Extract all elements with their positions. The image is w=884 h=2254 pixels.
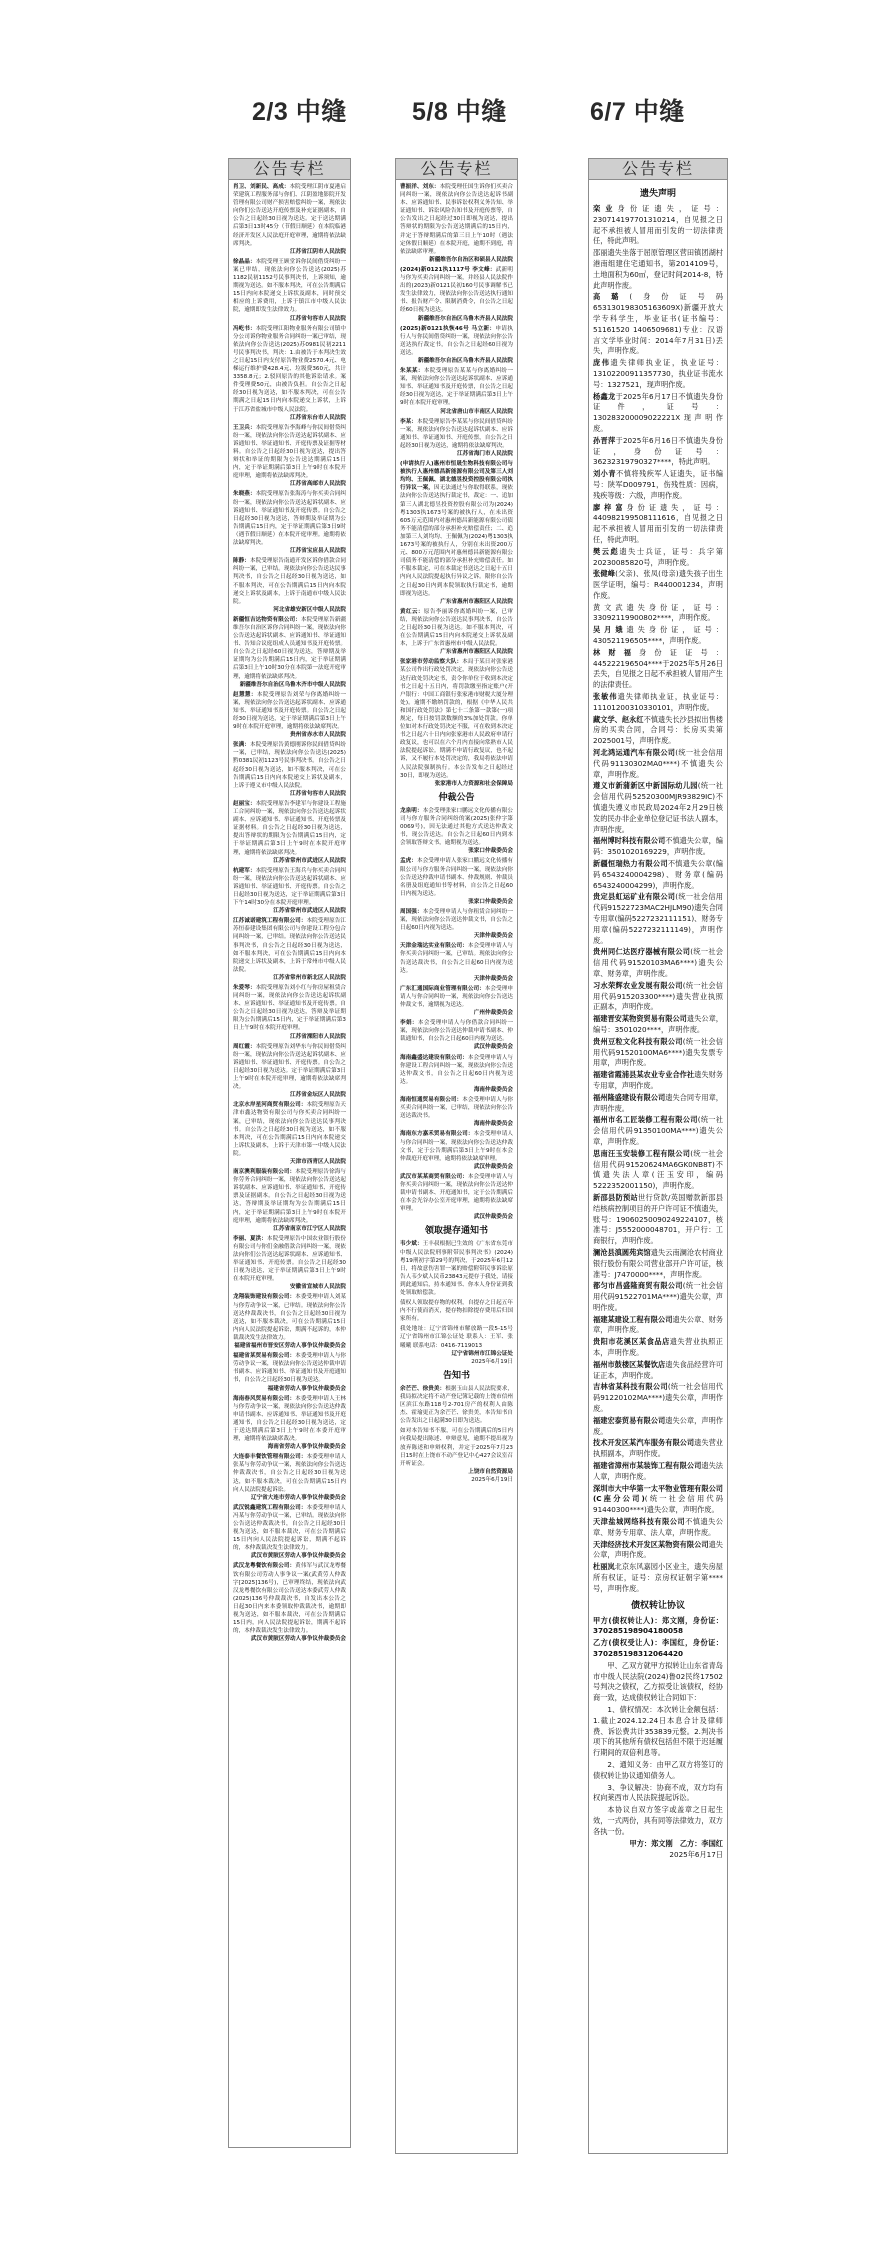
notice-addressee: 福州市名工匠装修工程有限公司: [593, 1115, 698, 1124]
notice-addressee: 福建晋安某物资贸易有限公司: [593, 1014, 687, 1023]
notice-issuer: 江苏省常州市新北区人民法院: [233, 974, 346, 982]
notice-item: 廖梓富身份证遗失，证号：440982199508111616，自见报之日起不承担…: [593, 503, 723, 546]
notice-issuer: 江苏省南京市江宁区人民法院: [233, 1225, 346, 1233]
notice-addressee: 李丽、夏洪：: [233, 1236, 267, 1242]
notice-item: 武汉锐鑫建筑工程有限公司：本委受理申请人冯某与你劳动争议一案，已审结。现依法向你…: [233, 1504, 346, 1561]
notice-item: 赵丽宝：本院受理原告李建军与你建设工程施工合同纠纷一案，现依法向你公告送达起诉状…: [233, 800, 346, 865]
notice-issuer: 福建省福州市晋安区劳动人事争议仲裁委员会: [233, 1342, 346, 1350]
notice-issuer: 贵州省赤水市人民法院: [233, 731, 346, 739]
notice-item: 高璐(身份证号码653130198305163609X)新疆开放大学专科学生，毕…: [593, 292, 723, 357]
notice-column-right: 公告专栏 遗失声明栾业身份证遗失，证号：230714197701310214，自…: [588, 158, 728, 2154]
section-title: 告知书: [400, 1369, 513, 1383]
notice-item: 李丽、夏洪：本院受理原告中国农业银行股份有限公司与你们金融借款合同纠纷一案，现依…: [233, 1235, 346, 1292]
notice-addressee: 高璐: [593, 292, 629, 301]
notice-item: 都匀市昌盛隆商贸有限公司(统一社会信用代码91522701MA****)遗失公章…: [593, 1281, 723, 1313]
notice-item: 福州市鼓楼区某餐饮店遗失食品经营许可证正本，声明作废。: [593, 1360, 723, 1382]
notice-addressee: 福建省霞浦县某农业专业合作社: [593, 1070, 694, 1079]
notice-item: 孟虎：本会受理申请人张家口鹏远文化传播有限公司与你方服务合同纠纷一案，现依法向你…: [400, 857, 513, 906]
notice-addressee: 新邵县防预站: [593, 1193, 638, 1202]
notice-issuer: 广州仲裁委员会: [400, 1009, 513, 1017]
notice-addressee: 庞伟: [593, 358, 611, 367]
notice-issuer: 江苏省东台市人民法院: [233, 414, 346, 422]
agreement-paragraph: 3、争议解决：协商不成，双方均有权向莱西市人民法院提起诉讼。: [593, 1783, 723, 1805]
notice-item: 杜丽岚北京东风嘉园小区业主，遗失房屋所有权证，证号：京房权证朝字第****号，声…: [593, 1562, 723, 1594]
notice-text: 本院受理原告中国农业银行股份有限公司与你们金融借款合同纠纷一案，现依法向你们公告…: [233, 1236, 346, 1282]
notice-item: 天津经济技术开发区某物资有限公司遗失公章，声明作废。: [593, 1540, 723, 1562]
middle-column-body: 曹振洋、刘东：本院受理任国生诉你们买卖合同纠纷一案，现依法向你公告送达起诉书副本…: [396, 180, 517, 1490]
notice-addressee: 遵义市新蒲新区中新国际幼儿园: [593, 781, 698, 790]
notice-item: 习水荣辉农业发展有限公司(统一社会信用代码915203300****)遗失营业执…: [593, 981, 723, 1013]
notice-issuer: 天津仲裁委员会: [400, 975, 513, 983]
notice-issuer: 安徽省宣城市人民法院: [233, 1283, 346, 1291]
notice-column-middle: 公告专栏 曹振洋、刘东：本院受理任国生诉你们买卖合同纠纷一案，现依法向你公告送达…: [395, 158, 518, 2154]
notice-addressee: 海南东方嘉禾贸易有限公司：: [400, 1131, 473, 1137]
notice-item: 贵州同仁达医疗器械有限公司(统一社会信用代码91520103MA6****)遗失…: [593, 947, 723, 979]
notice-issuer: 福建省劳动人事争议仲裁委员会: [233, 1385, 346, 1393]
notice-item: 刘小青不慎将残疾军人证遗失，证书编号：陕军D009791，伤残性质：因病，残疾等…: [593, 469, 723, 501]
notice-addressee: 李娟：: [400, 1020, 418, 1026]
notice-issuer: 张家港市人力资源和社会保障局: [400, 780, 513, 788]
notice-item: 朱晓燕：本院受理原告张海涛与你买卖合同纠纷一案，现依法向你公告送达起诉状副本、应…: [233, 490, 346, 555]
notice-issuer: 江苏省金坛区人民法院: [233, 1091, 346, 1099]
left-column-body: 肖卫、刘新民、高成：本院受理江阴市夏港启荣建筑工程服务部与你们、江阴盈地影院开发…: [229, 180, 350, 1649]
notice-item: 福建省漳州市某装饰工程有限公司遗失法人章，声明作废。: [593, 1461, 723, 1483]
notice-item: 王卫兵：本院受理原告李海峰与你民间借贷纠纷一案，现依法向你公告送达起诉状副本、应…: [233, 424, 346, 489]
notice-addressee: 思南汪玉安装修工程有限公司: [593, 1149, 690, 1158]
notice-text: 黄文武遗失身份证，证号：33092119900802****，声明作废。: [593, 603, 723, 623]
notice-addressee: 张家港市劳动监察大队：: [400, 659, 462, 665]
notice-text: 本委受理申请人冯某与你劳动争议一案，已审结。现依法向你公告送达仲裁裁决书，自公告…: [233, 1505, 346, 1551]
notice-item: 武汉市某某商贸有限公司：本会受理申请人与你买卖合同纠纷一案，现依法向你公告送达仲…: [400, 1173, 513, 1222]
notice-addressee: 贵州豆粒文化科技有限公司: [593, 1037, 683, 1046]
notice-addressee: 刘小青: [593, 469, 616, 478]
notice-addressee: 天津盐城网络科技有限公司: [593, 1517, 685, 1526]
notice-text: 本院受理原告李某某与你民间借贷纠纷一案，现依法向你公告送达起诉状副本、应诉通知书…: [400, 419, 513, 449]
notice-item: (申请执行人)惠州市恒晟生物科技有限公司与被执行人惠州德昌新能源有限公司及第三人…: [400, 460, 513, 606]
notice-addressee: 孟虎：: [400, 858, 417, 864]
notice-item: 贵州豆粒文化科技有限公司(统一社会信用代码91520100MA6****)遗失发…: [593, 1037, 723, 1069]
notice-addressee: 吉林省某科技有限公司: [593, 1382, 668, 1391]
notice-issuer: 江苏省高邮市人民法院: [233, 480, 346, 488]
notice-item: 余芒芒、徐贵美：根据玉山县人民法院要求，我局拟决定将不动产登记簿记载的上饶市信州…: [400, 1385, 513, 1425]
notice-issuer: 武汉市黄陂区劳动人事争议仲裁委员会: [233, 1635, 346, 1643]
notice-addressee: 北京水岸星河商贸有限公司：: [233, 1102, 306, 1108]
notice-item: 新疆恒吉达物资有限公司：本院受理原告新疆维吾尔自治区诉你合同纠纷一案，现依法向你…: [233, 616, 346, 689]
notice-issuer: 武汉仲裁委员会: [400, 1163, 513, 1171]
notice-text: 黄伟军与武汉龙粤餐饮有限公司劳动人事争议一案(武黄劳人仲裁字[2025]136号…: [233, 1563, 346, 1634]
notice-addressee: 余芒芒、徐贵美：: [400, 1386, 445, 1392]
notice-text: 王丰叔根据已生效的《广东省东莞市中级人民法院刑事附带民事判决书》(2024)粤1…: [400, 1241, 513, 1296]
notice-text: (身份证号码653130198305163609X)新疆开放大学专科学生，毕业证…: [593, 292, 723, 355]
notice-item: 李娟：本会受理申请人与你借款合同纠纷一案，现依法向你公告送达仲裁申请书副本、仲裁…: [400, 1019, 513, 1051]
party-a: 甲方(债权转让人)：郑文刚，身份证：370285198904180058: [593, 1616, 723, 1638]
party-b: 乙方(债权受让人)：李国红，身份证：370285198312064420: [593, 1638, 723, 1660]
notice-item: 如对本告知书不服，可在公告期满后的5日内向我局提出陈述、申辩意见，逾期不提出视为…: [400, 1427, 513, 1484]
notice-text: 本院受理原告徐海与你劳务合同纠纷一案，现依法向你公告送达起诉状副本、应诉通知书、…: [233, 1169, 346, 1224]
notice-issuer: 辽宁省大连市劳动人事争议仲裁委员会: [233, 1494, 346, 1502]
column-header: 公告专栏: [589, 159, 727, 180]
notice-addressee: 贵州同仁达医疗器械有限公司: [593, 947, 690, 956]
notice-issuer: 江苏省常州市武进区人民法院: [233, 857, 346, 865]
notice-addressee: 朱爱琴：: [233, 985, 256, 991]
notice-addressee: 樊云彪: [593, 547, 619, 556]
notice-addressee: 赵慧慧：: [233, 692, 257, 698]
notice-addressee: 曹振洋、刘东：: [400, 184, 440, 190]
notice-issuer: 江苏省常州市武进区人民法院: [233, 907, 346, 915]
notice-addressee: 廖梓富: [593, 503, 627, 512]
notice-text: 本院受理原告南通开发区诉你借款合同纠纷一案，已审结。现依法向你公告送达民事判决书…: [233, 558, 346, 604]
notice-item: 朱爱琴：本院受理原告刘小红与你房屋租赁合同纠纷一案，现依法向你公告送达起诉状副本…: [233, 984, 346, 1041]
agreement-signatures: 甲方：郑文刚 乙方：李国红: [593, 1839, 723, 1850]
notice-addressee: 藏文学、赵永红: [593, 715, 644, 724]
notice-addressee: 吴月娥: [593, 625, 627, 634]
notice-item: 张家港市劳动监察大队：本局于某日对张家港某公司作出行政处罚决定，现依法向你公告送…: [400, 658, 513, 788]
notice-addressee: 武汉市某某商贸有限公司：: [400, 1174, 468, 1180]
notice-text: 本院受理原告新疆维吾尔自治区诉你合同纠纷一案，现依法向你公告送达起诉状副本、应诉…: [233, 617, 346, 680]
notice-text: 本院受理原告刘华东与你民间借贷纠纷一案，现依法向你公告送达起诉状副本、应诉通知书…: [233, 1044, 346, 1090]
notice-text: 债权人领取提存物的权利，自提存之日起五年内不行使而消灭，提存物扣除提存费用后归国…: [400, 1300, 513, 1322]
notice-item: 新邵县防预站世行贷款/英国赠款新邵县结核病控制项目的开户许可证不慎遗失，账号：1…: [593, 1193, 723, 1247]
notice-addressee: 杭建军：: [233, 868, 256, 874]
notice-item: 黄文武遗失身份证，证号：33092119900802****，声明作废。: [593, 603, 723, 625]
notice-issuer: 江苏省句容市人民法院: [233, 790, 346, 798]
notice-item: 林财福身份证证号：445222196504****于2025年5月26日丢失，自…: [593, 648, 723, 691]
notice-addressee: 习水荣辉农业发展有限公司: [593, 981, 683, 990]
notice-addressee: 澜沧县滇圆苑宾馆: [593, 1248, 651, 1257]
notice-addressee: 杜丽岚: [593, 1562, 615, 1571]
notice-addressee: 孙晋萍: [593, 436, 615, 445]
notice-text: 本院受理原告江苏恒泰建设集团有限公司与你建设工程分包合同纠纷一案，已审结。现依法…: [233, 918, 346, 973]
notice-addressee: 林财福: [593, 648, 639, 657]
notice-item: 我处地址：辽宁省锦州市解放路一段5-15号 辽宁省锦州市江锦公证处 联系人：王军…: [400, 1325, 513, 1365]
page-label-6-7: 6/7 中缝: [590, 92, 685, 128]
right-column-body: 遗失声明栾业身份证遗失，证号：230714197701310214，自见报之日起…: [589, 180, 727, 1866]
notice-issuer: 张家口仲裁委员会: [400, 898, 513, 906]
notice-issuer: 张家口仲裁委员会: [400, 847, 513, 855]
notice-issuer: 海南仲裁委员会: [400, 1086, 513, 1094]
notice-issuer: 武汉仲裁委员会: [400, 1043, 513, 1051]
notice-item: 海南东方嘉禾贸易有限公司：本会受理申请人与你合同纠纷一案，现依法向你公告送达仲裁…: [400, 1130, 513, 1170]
notice-item: 周红霞：本院受理原告刘华东与你民间借贷纠纷一案，现依法向你公告送达起诉状副本、应…: [233, 1043, 346, 1100]
agreement-title: 债权转让协议: [593, 1598, 723, 1614]
notice-item: 冯屹书：本院受理江阳物业服务有限公司镇中分公司诉你物业服务合同纠纷一案已审结，现…: [233, 325, 346, 422]
notice-issuer: 江苏省江阴市人民法院: [233, 248, 346, 256]
notice-addressee: 朱晓燕：: [233, 491, 256, 497]
notice-issuer: 广东省惠州市惠阳区人民法院: [400, 648, 513, 656]
notice-addressee: 陈静：: [233, 558, 250, 564]
notice-addressee: 龙翔装饰建设有限公司：: [233, 1294, 295, 1300]
notice-item: 天津盐城网络科技有限公司不慎遗失公章、财务专用章、法人章，声明作废。: [593, 1517, 723, 1539]
notice-addressee: 武汉锐鑫建筑工程有限公司：: [233, 1505, 306, 1511]
notice-item: 曹振洋、刘东：本院受理任国生诉你们买卖合同纠纷一案，现依法向你公告送达起诉书副本…: [400, 183, 513, 264]
notice-text: 本院受理王顾堂诉你民间借贷纠纷一案已审结，现依法向你公告送达(2025)苏118…: [233, 259, 346, 314]
notice-text: 因无法通过与你取得联系，现依法向你公告送达执行裁定书，裁定：一、追加第三人湖北德…: [400, 485, 513, 596]
notice-addressee: 天津经济技术开发区某物资有限公司: [593, 1540, 709, 1549]
notice-item: 贵定县虹运矿业有限公司(统一社会信用代码91522723MAC2HJLM90)遗…: [593, 892, 723, 946]
notice-item: (2025)新0121执恢46号 马立新：申请执行人与你民间借贷纠纷一案，现依法…: [400, 325, 513, 365]
notice-addressee: 张健峰: [593, 569, 615, 578]
notice-addressee: 黄红云：: [400, 609, 424, 615]
agreement-paragraph: 2、通知义务：由甲乙双方将签订的债权转让协议通知债务人。: [593, 1760, 723, 1782]
notice-item: 杨鑫龙于2025年6月17日不慎遗失身份证件，证号：13028320000902…: [593, 392, 723, 435]
notice-addressee: 龙泉明：: [400, 808, 423, 814]
notice-item: 福建宏泰贸易有限公司遗失公章，声明作废。: [593, 1416, 723, 1438]
notice-item: (2024)新0121执1117号 李文峰：武新明与你为买卖合同纠纷一案，并经县…: [400, 266, 513, 323]
notice-item: 栾业身份证遗失，证号：230714197701310214，自见报之日起不承担被…: [593, 204, 723, 247]
notice-addressee: 贵定县虹运矿业有限公司: [593, 892, 675, 901]
notice-item: 海南春风贸易有限公司：本委受理申请人王林与你劳动争议一案，现依法向你公告送达仲裁…: [233, 1395, 346, 1452]
column-header: 公告专栏: [396, 159, 517, 180]
notice-item: 债权人领取提存物的权利，自提存之日起五年内不行使而消灭，提存物扣除提存费用后归国…: [400, 1299, 513, 1323]
notice-addressee: 李某：: [400, 419, 417, 425]
notice-item: 河北鸿运通汽车有限公司(统一社会信用代码91130302MA0****)不慎遗失…: [593, 748, 723, 780]
notice-item: 陈静：本院受理原告南通开发区诉你借款合同纠纷一案，已审结。现依法向你公告送达民事…: [233, 557, 346, 614]
notice-addressee: 海南鑫盛达建设有限公司：: [400, 1055, 468, 1061]
notice-text: 本院受理原告李建军与你建设工程施工合同纠纷一案，现依法向你公告送达起诉状副本、应…: [233, 801, 346, 856]
notice-addressee: 福州市鼓楼区某餐饮店: [593, 1360, 665, 1369]
agreement-date: 2025年6月17日: [593, 1850, 723, 1861]
notice-item: 藏文学、赵永红不慎遗失长沙县拟出售楼房的买卖合同，合同号：长房买卖第202500…: [593, 715, 723, 747]
notice-item: 孙晋萍于2025年6月16日不慎遗失身份证，身份证号：3623231979032…: [593, 436, 723, 468]
notice-addressee: 张敏伟: [593, 692, 618, 701]
notice-item: 福州博时科技有限公司不慎遗失公章，编码：3501020169229，声明作废。: [593, 836, 723, 858]
notice-addressee: 南京澳利服装有限公司：: [233, 1169, 295, 1175]
notice-item: 李某：本院受理原告李某某与你民间借贷纠纷一案，现依法向你公告送达起诉状副本、应诉…: [400, 418, 513, 458]
notice-item: 吉林省某科技有限公司(统一社会信用代码91220102MA****)遗失公章，声…: [593, 1382, 723, 1414]
notice-addressee: 新疆恒吉达物资有限公司：: [233, 617, 301, 623]
notice-text: 本会受理申请人与你借款合同纠纷一案，现依法向你公告送达仲裁申请书副本、仲裁通知书…: [400, 1020, 513, 1042]
notice-issuer: 新疆维吾尔自治区乌鲁木齐县人民法院: [400, 315, 513, 323]
notice-issuer: 广东省惠州市惠阳区人民法院: [400, 598, 513, 606]
notice-item: 遵义市新蒲新区中新国际幼儿园(统一社会信用代码52520300MJR93829I…: [593, 781, 723, 835]
notice-addressee: 福州隆盛建设有限公司: [593, 1093, 665, 1102]
notice-item: 福建省某贸易有限公司：本委受理申请人与你劳动争议一案，现依法向你公告送达仲裁申请…: [233, 1352, 346, 1392]
notice-addressee: 周红霞：: [233, 1044, 256, 1050]
notice-text: 如对本告知书不服，可在公告期满后的5日内向我局提出陈述、申辩意见，逾期不提出视为…: [400, 1428, 513, 1466]
notice-addressee: (2025)新0121执恢46号 马立新：: [400, 326, 495, 332]
notice-item: 肖卫、刘新民、高成：本院受理江阴市夏港启荣建筑工程服务部与你们、江阴盈地影院开发…: [233, 183, 346, 256]
notice-issuer: 河北省雄安新区中级人民法院: [233, 606, 346, 614]
notice-item: 张敏伟遗失律师执业证，执业证号：11101200310330101，声明作废。: [593, 692, 723, 714]
notice-item: 张满：本院受理原告黄德刚诉你民间借贷纠纷一案，已审结，现依法向你公告送达(202…: [233, 741, 346, 798]
column-header: 公告专栏: [229, 159, 350, 180]
notice-issuer: 新疆维吾尔自治区和硕县人民法院: [400, 256, 513, 264]
notice-text: 本院受理原告刘小红与你房屋租赁合同纠纷一案，现依法向你公告送达起诉状副本、应诉通…: [233, 985, 346, 1031]
notice-item: 赵慧慧：本院受理原告刘荣与你离婚纠纷一案，现依法向你公告送达起诉状副本、应诉通知…: [233, 691, 346, 740]
notice-item: 黄红云：原告李丽诉你离婚纠纷一案，已审结，现依法向你公告送达民事判决书，自公告之…: [400, 608, 513, 657]
notice-addressee: 福建某建设工程有限公司: [593, 1315, 672, 1324]
notice-item: 朱某某：本院受理原告某某与你离婚纠纷一案，现依法向你公告送达起诉状副本、应诉通知…: [400, 367, 513, 416]
notice-addressee: 海南恒通贸易有限公司：: [400, 1097, 462, 1103]
notice-item: 龙翔装饰建设有限公司：本委受理申请人刘某与你劳动争议一案，已审结。现依法向你公告…: [233, 1293, 346, 1350]
notice-issuer: 新疆维吾尔自治区乌鲁木齐市中级人民法院: [233, 681, 346, 689]
notice-item: 吴月娥遗失身份证，证号：430521196505****，声明作废。: [593, 625, 723, 647]
notice-text: 遗失律师执业证，执业证号：13102200911357730，执业证书流水号：1…: [593, 358, 723, 389]
notice-addressee: 都匀市昌盛隆商贸有限公司: [593, 1281, 683, 1290]
notice-text: 本院受理原告黄德刚诉你民间借贷纠纷一案，已审结，现依法向你公告送达(2025)黔…: [233, 742, 346, 788]
notice-addressee: 朱某某：: [400, 368, 424, 374]
notice-addressee: 赵丽宝：: [233, 801, 256, 807]
notice-addressee: 周国强：: [400, 909, 423, 915]
notice-item: 杭建军：本院受理原告王海兵与你买卖合同纠纷一案，现依法向你公告送达起诉状副本、应…: [233, 867, 346, 916]
notice-text: 本院受理原告李海峰与你民间借贷纠纷一案，现依法向你公告送达起诉状副本、应诉通知书…: [233, 425, 346, 480]
notice-addressee: 新疆恒瑞热力有限公司: [593, 859, 668, 868]
notice-issuer: 上饶市自然资源局: [400, 1468, 513, 1476]
notice-item: 樊云彪遗失士兵证，证号：兵字第20230085820号，声明作废。: [593, 547, 723, 569]
notice-text: 本委受理申请人王林与你劳动争议一案，现依法向你公告送达仲裁申请书副本、应诉通知书…: [233, 1396, 346, 1442]
notice-item: 北京水岸星河商贸有限公司：本院受理原告天津市鑫达物资有限公司与你买卖合同纠纷一案…: [233, 1101, 346, 1166]
notice-text: 本院受理原告天津市鑫达物资有限公司与你买卖合同纠纷一案，已审结，现依法向你公告送…: [233, 1102, 346, 1157]
notice-item: 福州隆盛建设有限公司遗失合同专用章，声明作废。: [593, 1093, 723, 1115]
notice-item: 技术开发区某汽车服务有限公司遗失营业执照副本，声明作废。: [593, 1438, 723, 1460]
notice-issuer: 武汉仲裁委员会: [400, 1213, 513, 1221]
notice-item: 邵丽遗失坐落于屈原管理区营田镇团湖村港南组建住宅通知书，第2014109号，土地…: [593, 248, 723, 291]
notice-issuer: 新疆维吾尔自治区乌鲁木齐县人民法院: [400, 357, 513, 365]
notice-text: 本会受理申请人张家口鹏远文化传播有限公司与你方服务合同纠纷一案，现依法向你公告送…: [400, 858, 513, 896]
notice-text: 本委受理申请人刘某与你劳动争议一案，已审结。现依法向你公告送达仲裁裁决书，自公告…: [233, 1294, 346, 1340]
notice-item: 南京澳利服装有限公司：本院受理原告徐海与你劳务合同纠纷一案，现依法向你公告送达起…: [233, 1168, 346, 1233]
section-title: 仲裁公告: [400, 791, 513, 805]
notice-item: 徐晶晶：本院受理王顾堂诉你民间借贷纠纷一案已审结，现依法向你公告送达(2025)…: [233, 258, 346, 323]
notice-item: 江苏诚诺建筑工程有限公司：本院受理原告江苏恒泰建设集团有限公司与你建设工程分包合…: [233, 917, 346, 982]
notice-text: 本院受理任国生诉你们买卖合同纠纷一案，现依法向你公告送达起诉书副本、应诉通知书、…: [400, 184, 513, 255]
notice-item: 海南恒通贸易有限公司：本会受理申请人与你买卖合同纠纷一案，已审结，现依法向你公告…: [400, 1096, 513, 1128]
notice-issuer: 海南仲裁委员会: [400, 1120, 513, 1128]
notice-item: 韦少斌：王丰叔根据已生效的《广东省东莞市中级人民法院刑事附带民事判决书》(202…: [400, 1240, 513, 1297]
notice-text: 武新明与你为买卖合同纠纷一案，并经县人民法院作出的(2023)新0121民初16…: [400, 267, 513, 313]
notice-addressee: 天津金瑞达实业有限公司：: [400, 943, 468, 949]
notice-addressee: 河北鸿运通汽车有限公司: [593, 748, 675, 757]
notice-item: 庞伟遗失律师执业证，执业证号：13102200911357730，执业证书流水号…: [593, 358, 723, 390]
notice-item: 澜沧县滇圆苑宾馆遗失云南澜沧农村商业银行股份有限公司营业部开户许可证，核准号：J…: [593, 1248, 723, 1280]
notice-addressee: 福州博时科技有限公司: [593, 836, 665, 845]
notice-text: 本院受理江阳物业服务有限公司镇中分公司诉你物业服务合同纠纷一案已审结，现依法向你…: [233, 326, 346, 413]
notice-item: 武汉龙粤餐饮有限公司：黄伟军与武汉龙粤餐饮有限公司劳动人事争议一案(武黄劳人仲裁…: [233, 1562, 346, 1643]
notice-addressee: 技术开发区某汽车服务有限公司: [593, 1438, 694, 1447]
notice-addressee: 福建省漳州市某装饰工程有限公司: [593, 1461, 701, 1470]
notice-item: 思南汪玉安装修工程有限公司(统一社会信用代码91520624MA6GK0NB8T…: [593, 1149, 723, 1192]
notice-issuer: 辽宁省锦州市江锦公证处: [400, 1350, 513, 1358]
notice-item: 张健峰(父亲)、张凤(母亲)遗失孩子出生医学证明，编号：R440001234，声…: [593, 569, 723, 601]
notice-addressee: 武汉龙粤餐饮有限公司：: [233, 1563, 295, 1569]
notice-item: 大连泰丰餐饮管理有限公司：本委受理申请人张某与你劳动争议一案，现依法向你公告送达…: [233, 1453, 346, 1502]
notice-item: 福州市名工匠装修工程有限公司(统一社会信用代码91350100MA****)遗失…: [593, 1115, 723, 1147]
notice-issuer: 河北省唐山市丰南区人民法院: [400, 408, 513, 416]
notice-item: 龙泉明：本会受理张家口鹏远文化传播有限公司与你方服务合同纠纷的案(2025)张仲…: [400, 807, 513, 856]
notice-addressee: 福建宏泰贸易有限公司: [593, 1416, 665, 1425]
agreement-paragraph: 本协议自双方签字或盖章之日起生效，一式两份，具有同等法律效力，双方各执一份。: [593, 1805, 723, 1837]
notice-addressee: 张满：: [233, 742, 250, 748]
notice-column-left: 公告专栏 肖卫、刘新民、高成：本院受理江阴市夏港启荣建筑工程服务部与你们、江阴盈…: [228, 158, 351, 2148]
notice-addressee: 广东汇通国际商业管理有限公司：: [400, 986, 485, 992]
notice-text: 我处地址：辽宁省锦州市解放路一段5-15号 辽宁省锦州市江锦公证处 联系人：王军…: [400, 1326, 513, 1348]
notice-addressee: 王卫兵：: [233, 425, 256, 431]
notice-issuer: 江苏省海门市人民法院: [400, 450, 513, 458]
notice-date: 2025年6月19日: [400, 1476, 513, 1484]
notice-addressee: 贵阳市花溪区某食品店: [593, 1337, 670, 1346]
notice-addressee: 大连泰丰餐饮管理有限公司：: [233, 1454, 306, 1460]
notice-text: 邵丽遗失坐落于屈原管理区营田镇团湖村港南组建住宅通知书，第2014109号，土地…: [593, 248, 723, 289]
notice-addressee: 海南春风贸易有限公司：: [233, 1396, 295, 1402]
notice-addressee: 江苏诚诺建筑工程有限公司：: [233, 918, 306, 924]
notice-addressee: 肖卫、刘新民、高成：: [233, 184, 290, 190]
notice-addressee: 徐晶晶：: [233, 259, 256, 265]
agreement-paragraph: 甲、乙双方就甲方拟转让山东省青岛市中级人民法院(2024)鲁02民终17502号…: [593, 1661, 723, 1704]
notice-item: 海南鑫盛达建设有限公司：本会受理申请人与你建设工程合同纠纷一案，现依法向你公告送…: [400, 1054, 513, 1094]
notice-item: 福建晋安某物资贸易有限公司遗失公章，编号：3501020****，声明作废。: [593, 1014, 723, 1036]
notice-item: 广东汇通国际商业管理有限公司：本会受理申请人与你合同纠纷一案，现依法向你公告送达…: [400, 985, 513, 1017]
notice-text: 本院受理原告张海涛与你买卖合同纠纷一案，现依法向你公告送达起诉状副本、应诉通知书…: [233, 491, 346, 546]
notice-item: 周国强：本会受理申请人与你租赁合同纠纷一案，现依法向你公告送达仲裁文书，自公告之…: [400, 908, 513, 940]
notice-item: 深圳市大中华第一太平物业管理有限公司(C座分公司)(统一社会信用代码914403…: [593, 1484, 723, 1516]
page-label-5-8: 5/8 中缝: [412, 92, 507, 128]
notice-issuer: 天津仲裁委员会: [400, 932, 513, 940]
notice-item: 福建省霞浦县某农业专业合作社遗失财务专用章，声明作废。: [593, 1070, 723, 1092]
notice-issuer: 江苏省溧阳市人民法院: [233, 1033, 346, 1041]
agreement-paragraph: 1、债权情况：本次转让金额包括：1.截止2024.12.24日本息合计及律师费、…: [593, 1705, 723, 1759]
notice-date: 2025年6月19日: [400, 1358, 513, 1366]
notice-item: 贵阳市花溪区某食品店遗失营业执照正本，声明作废。: [593, 1337, 723, 1359]
notice-addressee: 福建省某贸易有限公司：: [233, 1353, 295, 1359]
notice-issuer: 天津市西青区人民法院: [233, 1158, 346, 1166]
notice-issuer: 江苏省句容市人民法院: [233, 315, 346, 323]
notice-addressee: (2024)新0121执1117号 李文峰：: [400, 267, 496, 273]
notice-addressee: 栾业: [593, 204, 618, 213]
page-label-2-3: 2/3 中缝: [252, 92, 347, 128]
notice-addressee: 韦少斌：: [400, 1241, 423, 1247]
notice-addressee: 杨鑫龙: [593, 392, 615, 401]
notice-issuer: 海南省劳动人事争议仲裁委员会: [233, 1443, 346, 1451]
notice-text: 本局于某日对张家港某公司作出行政处罚决定，现依法向你公告送达行政处罚决定书，责令…: [400, 659, 513, 778]
notice-issuer: 武汉市黄陂区劳动人事争议仲裁委员会: [233, 1552, 346, 1560]
section-title: 领取提存通知书: [400, 1224, 513, 1238]
notice-text: 本院受理江阴市夏港启荣建筑工程服务部与你们、江阴盈地影院开发管理有限公司财产损害…: [233, 184, 346, 247]
lost-notices-title: 遗失声明: [593, 186, 723, 202]
notice-item: 新疆恒瑞热力有限公司不慎遗失公章(编码6543240004298)、财务章(编码…: [593, 859, 723, 891]
notice-item: 福建某建设工程有限公司遗失公章、财务章，声明作废。: [593, 1315, 723, 1337]
notice-addressee: 冯屹书：: [233, 326, 256, 332]
notice-issuer: 江苏省宝应县人民法院: [233, 547, 346, 555]
notice-item: 天津金瑞达实业有限公司：本会受理申请人与你买卖合同纠纷一案，已审结。现依法向你公…: [400, 942, 513, 982]
